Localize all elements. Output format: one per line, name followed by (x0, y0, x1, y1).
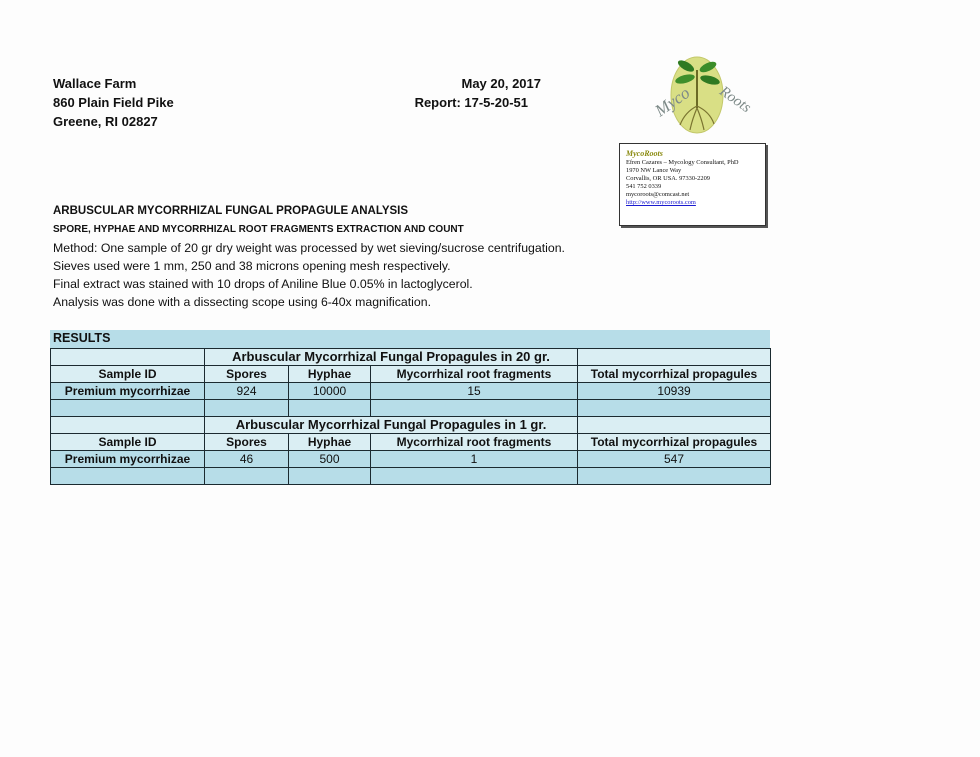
root-fragments-cell: 1 (371, 451, 578, 468)
total-cell: 547 (578, 451, 771, 468)
col-hyphae: Hyphae (289, 434, 371, 451)
hyphae-cell: 10000 (289, 383, 371, 400)
section-heading: Arbuscular Mycorrhizal Fungal Propagules… (205, 417, 578, 434)
card-line: mycoroots@comcast.net (626, 191, 759, 199)
column-header-row: Sample ID Spores Hyphae Mycorrhizal root… (51, 366, 771, 383)
results-table: Arbuscular Mycorrhizal Fungal Propagules… (50, 348, 771, 485)
sample-id-cell: Premium mycorrhizae (51, 383, 205, 400)
spores-cell: 46 (205, 451, 289, 468)
hyphae-cell: 500 (289, 451, 371, 468)
client-name: Wallace Farm (53, 74, 174, 93)
card-line: 1970 NW Lance Way (626, 167, 759, 175)
analysis-subtitle: SPORE, HYPHAE AND MYCORRHIZAL ROOT FRAGM… (53, 224, 464, 235)
table-row: Premium mycorrhizae 46 500 1 547 (51, 451, 771, 468)
report-date: May 20, 2017 (400, 74, 568, 93)
client-address: Wallace Farm 860 Plain Field Pike Greene… (53, 74, 174, 131)
analysis-title: ARBUSCULAR MYCORRHIZAL FUNGAL PROPAGULE … (53, 205, 408, 217)
root-fragments-cell: 15 (371, 383, 578, 400)
column-header-row: Sample ID Spores Hyphae Mycorrhizal root… (51, 434, 771, 451)
col-spores: Spores (205, 434, 289, 451)
svg-text:Roots: Roots (716, 83, 754, 116)
card-line: 541 752 0339 (626, 183, 759, 191)
col-spores: Spores (205, 366, 289, 383)
report-info: May 20, 2017 Report: 17-5-20-51 (400, 74, 568, 112)
website-link[interactable]: http://www.mycoroots.com (626, 199, 759, 207)
mycoroots-logo: Myco Roots (640, 50, 760, 140)
total-cell: 10939 (578, 383, 771, 400)
section-heading-row: Arbuscular Mycorrhizal Fungal Propagules… (51, 417, 771, 434)
empty-row (51, 468, 771, 485)
client-street: 860 Plain Field Pike (53, 93, 174, 112)
sample-id-cell: Premium mycorrhizae (51, 451, 205, 468)
col-root-fragments: Mycorrhizal root fragments (371, 434, 578, 451)
card-line: Corvallis, OR USA. 97330-2209 (626, 175, 759, 183)
method-line: Final extract was stained with 10 drops … (53, 275, 565, 293)
section-heading-row: Arbuscular Mycorrhizal Fungal Propagules… (51, 349, 771, 366)
col-total: Total mycorrhizal propagules (578, 366, 771, 383)
consultant-card: MycoRoots Efren Cazares – Mycology Consu… (619, 143, 766, 226)
client-city: Greene, RI 02827 (53, 112, 174, 131)
report-number: Report: 17-5-20-51 (400, 93, 568, 112)
results-title: RESULTS (53, 331, 110, 345)
method-line: Method: One sample of 20 gr dry weight w… (53, 239, 565, 257)
col-sample-id: Sample ID (51, 434, 205, 451)
table-row: Premium mycorrhizae 924 10000 15 10939 (51, 383, 771, 400)
col-sample-id: Sample ID (51, 366, 205, 383)
results-header: RESULTS (50, 330, 770, 348)
method-line: Sieves used were 1 mm, 250 and 38 micron… (53, 257, 565, 275)
spores-cell: 924 (205, 383, 289, 400)
card-line: Efren Cazares – Mycology Consultant, PhD (626, 159, 759, 167)
col-root-fragments: Mycorrhizal root fragments (371, 366, 578, 383)
method-line: Analysis was done with a dissecting scop… (53, 293, 565, 311)
col-hyphae: Hyphae (289, 366, 371, 383)
method-description: Method: One sample of 20 gr dry weight w… (53, 239, 565, 311)
empty-row (51, 400, 771, 417)
plant-roots-icon: Myco Roots (640, 50, 760, 140)
card-brand: MycoRoots (626, 149, 759, 159)
section-heading: Arbuscular Mycorrhizal Fungal Propagules… (205, 349, 578, 366)
col-total: Total mycorrhizal propagules (578, 434, 771, 451)
